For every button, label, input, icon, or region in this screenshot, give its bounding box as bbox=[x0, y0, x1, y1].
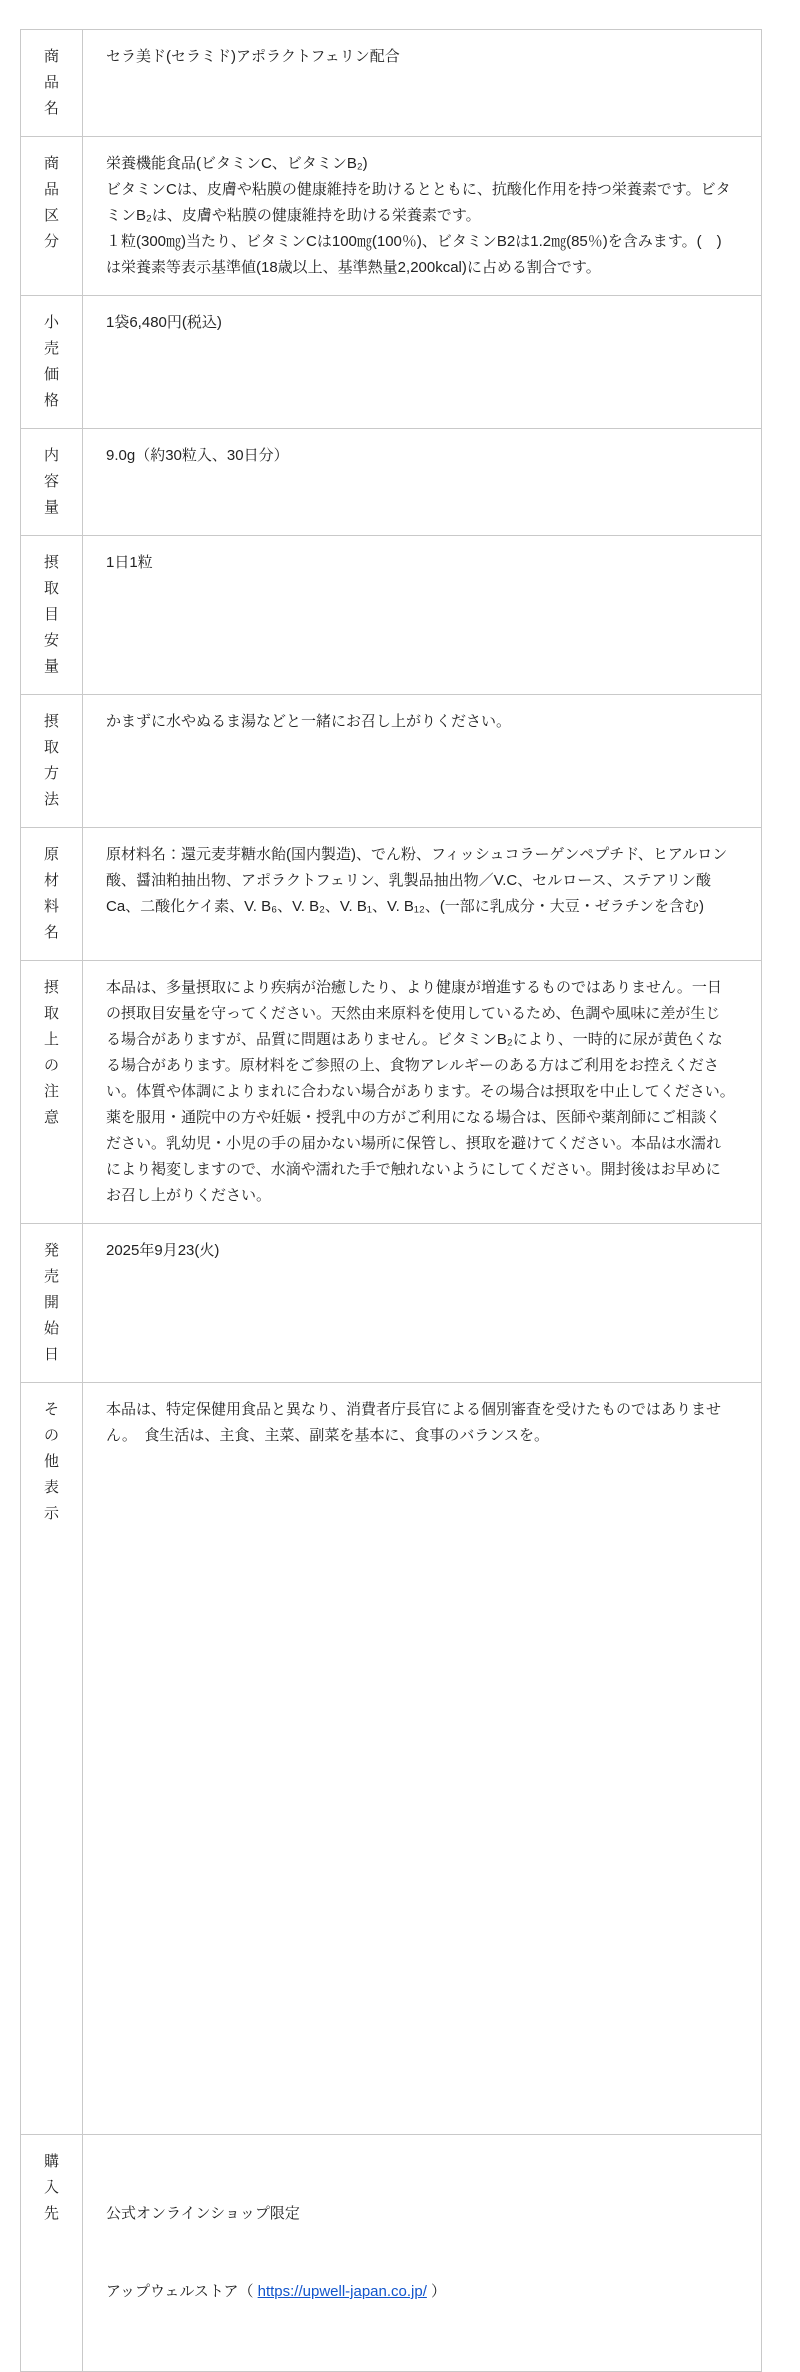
row-purchase-place-header: 購入先 bbox=[21, 2135, 83, 2371]
row-product-name: 商品名 セラ美ド(セラミド)アポラクトフェリン配合 bbox=[21, 30, 761, 136]
other-labeling-value: 本品は、特定保健用食品と異なり、消費者庁長官による個別審査を受けたものではありま… bbox=[83, 1383, 761, 2134]
row-retail-price: 小売価格 1袋6,480円(税込) bbox=[21, 295, 761, 428]
row-product-category-header: 商品区分 bbox=[21, 137, 83, 295]
purchase-line2-suffix: ） bbox=[427, 2283, 446, 2300]
product-name-value: セラ美ド(セラミド)アポラクトフェリン配合 bbox=[83, 30, 761, 136]
row-label: 購入先 bbox=[43, 2149, 60, 2357]
purchase-line2: アップウェルストア（ https://upwell-japan.co.jp/ ） bbox=[106, 2279, 735, 2305]
row-label: 商品名 bbox=[43, 44, 60, 122]
intake-precautions-value: 本品は、多量摂取により疾病が治癒したり、より健康が増進するものではありません。一… bbox=[83, 961, 761, 1223]
row-label: 商品区分 bbox=[43, 151, 60, 281]
ingredients-value: 原材料名：還元麦芽糖水飴(国内製造)、でん粉、フィッシュコラーゲンペプチド、ヒア… bbox=[83, 828, 761, 960]
row-retail-price-header: 小売価格 bbox=[21, 296, 83, 428]
contents-amount-value: 9.0g（約30粒入、30日分） bbox=[83, 429, 761, 535]
row-release-date-header: 発売開始日 bbox=[21, 1224, 83, 1382]
row-intake-guideline: 摂取目安量 1日1粒 bbox=[21, 535, 761, 694]
row-label: 摂取上の注意 bbox=[43, 975, 60, 1209]
row-product-category: 商品区分 栄養機能食品(ビタミンC、ビタミンB₂) ビタミンCは、皮膚や粘膜の健… bbox=[21, 136, 761, 295]
row-product-name-header: 商品名 bbox=[21, 30, 83, 136]
intake-guideline-value: 1日1粒 bbox=[83, 536, 761, 694]
row-other-labeling: その他表示 本品は、特定保健用食品と異なり、消費者庁長官による個別審査を受けたも… bbox=[21, 1382, 761, 2134]
row-intake-guideline-header: 摂取目安量 bbox=[21, 536, 83, 694]
row-label: その他表示 bbox=[43, 1397, 60, 2120]
row-intake-precautions-header: 摂取上の注意 bbox=[21, 961, 83, 1223]
purchase-line1: 公式オンラインショップ限定 bbox=[106, 2201, 735, 2227]
product-spec-table: 商品名 セラ美ド(セラミド)アポラクトフェリン配合 商品区分 栄養機能食品(ビタ… bbox=[20, 29, 762, 2372]
retail-price-value: 1袋6,480円(税込) bbox=[83, 296, 761, 428]
row-label: 摂取目安量 bbox=[43, 550, 60, 680]
row-intake-method: 摂取方法 かまずに水やぬるま湯などと一緒にお召し上がりください。 bbox=[21, 694, 761, 827]
purchase-store-link[interactable]: https://upwell-japan.co.jp/ bbox=[258, 2283, 427, 2300]
row-contents-amount-header: 内容量 bbox=[21, 429, 83, 535]
row-other-labeling-header: その他表示 bbox=[21, 1383, 83, 2134]
row-label: 小売価格 bbox=[43, 310, 60, 414]
row-ingredients: 原材料名 原材料名：還元麦芽糖水飴(国内製造)、でん粉、フィッシュコラーゲンペプ… bbox=[21, 827, 761, 960]
row-intake-method-header: 摂取方法 bbox=[21, 695, 83, 827]
row-label: 摂取方法 bbox=[43, 709, 60, 813]
purchase-store-name: アップウェルストア（ bbox=[106, 2283, 258, 2300]
row-ingredients-header: 原材料名 bbox=[21, 828, 83, 960]
row-label: 内容量 bbox=[43, 443, 60, 521]
row-release-date: 発売開始日 2025年9月23(火) bbox=[21, 1223, 761, 1382]
row-label: 発売開始日 bbox=[43, 1238, 60, 1368]
purchase-place-value: 公式オンラインショップ限定 アップウェルストア（ https://upwell-… bbox=[83, 2135, 761, 2371]
row-intake-precautions: 摂取上の注意 本品は、多量摂取により疾病が治癒したり、より健康が増進するものでは… bbox=[21, 960, 761, 1223]
intake-method-value: かまずに水やぬるま湯などと一緒にお召し上がりください。 bbox=[83, 695, 761, 827]
row-label: 原材料名 bbox=[43, 842, 60, 946]
row-contents-amount: 内容量 9.0g（約30粒入、30日分） bbox=[21, 428, 761, 535]
release-date-value: 2025年9月23(火) bbox=[83, 1224, 761, 1382]
product-category-value: 栄養機能食品(ビタミンC、ビタミンB₂) ビタミンCは、皮膚や粘膜の健康維持を助… bbox=[83, 137, 761, 295]
row-purchase-place: 購入先 公式オンラインショップ限定 アップウェルストア（ https://upw… bbox=[21, 2134, 761, 2371]
